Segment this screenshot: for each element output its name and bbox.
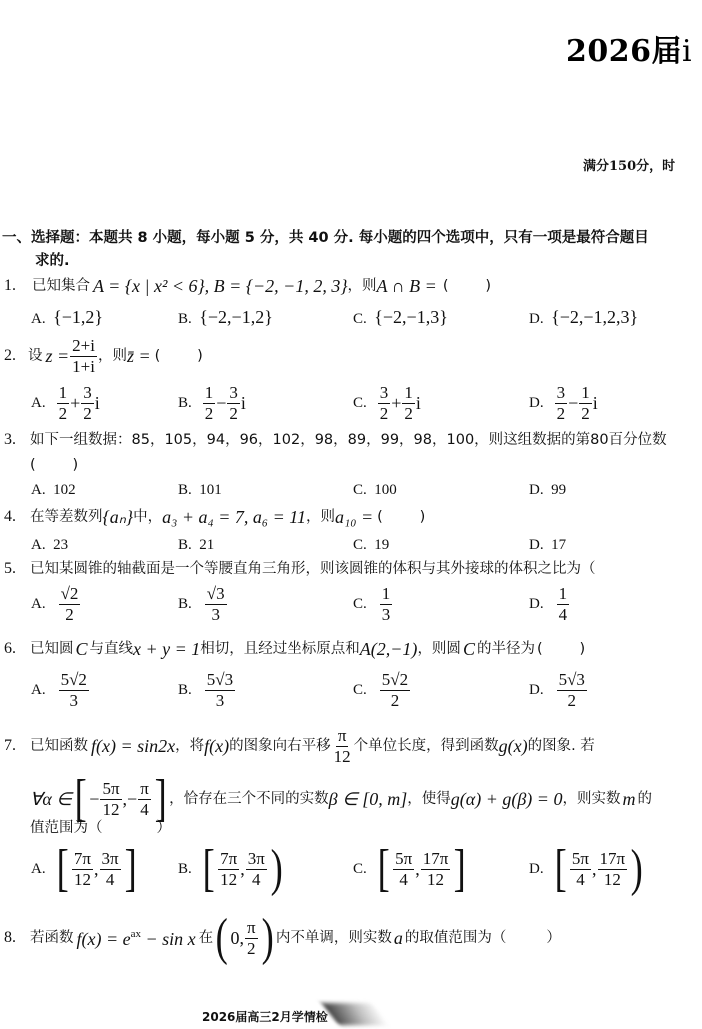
question-number: 4. bbox=[4, 509, 30, 525]
option-3c[interactable]: C. 100 bbox=[353, 482, 397, 499]
numerator: 1 bbox=[380, 585, 393, 605]
fraction: 7π12 bbox=[72, 850, 93, 889]
fraction: 7π12 bbox=[218, 850, 239, 889]
option-1a[interactable]: A. {−1,2} bbox=[31, 307, 103, 328]
fraction: 2+i1+i bbox=[70, 337, 97, 376]
option-value: 100 bbox=[374, 482, 397, 498]
option-value: 99 bbox=[551, 482, 566, 498]
math-expression: A = {x | x² < 6}, B = {−2, −1, 2, 3} bbox=[93, 277, 348, 295]
numerator: π bbox=[336, 727, 349, 747]
question-text: 已知函数 bbox=[30, 739, 88, 754]
question-number: 8. bbox=[4, 930, 30, 946]
option-3d[interactable]: D. 99 bbox=[529, 482, 566, 499]
answer-paren: ( ) bbox=[443, 279, 491, 294]
denominator: 2 bbox=[389, 691, 402, 710]
numerator: √2 bbox=[59, 585, 81, 605]
numerator: 3π bbox=[100, 850, 121, 870]
numerator: π bbox=[245, 919, 258, 939]
question-text: ） bbox=[546, 931, 561, 946]
math-var: z = bbox=[46, 347, 70, 365]
exam-title-text: 2026届 bbox=[566, 34, 682, 69]
option-3a[interactable]: A. 102 bbox=[31, 482, 76, 499]
question-7-line3: 值范围为（ ） bbox=[30, 821, 171, 836]
denominator: 4 bbox=[250, 870, 263, 889]
option-2b[interactable]: B. 12 − 32 i bbox=[178, 384, 246, 423]
sequence: {aₙ} bbox=[103, 508, 134, 526]
var-m: m bbox=[622, 790, 635, 808]
question-text: 在 bbox=[199, 931, 214, 946]
option-label: C. bbox=[353, 596, 367, 613]
question-text: ，则圆 bbox=[417, 642, 461, 657]
question-text: ，则 bbox=[348, 279, 377, 294]
option-4b[interactable]: B. 21 bbox=[178, 537, 214, 554]
option-value: 19 bbox=[374, 537, 389, 553]
option-3b[interactable]: B. 101 bbox=[178, 482, 222, 499]
question-text: 与直线 bbox=[90, 642, 134, 657]
numerator: 5π bbox=[393, 850, 414, 870]
numerator: 5√3 bbox=[205, 671, 235, 691]
option-label: A. bbox=[31, 682, 46, 699]
option-label: C. bbox=[353, 861, 367, 878]
exponent: ax bbox=[131, 928, 141, 940]
question-5: 5. 已知某圆锥的轴截面是一个等腰直角三角形，则该圆锥的体积与其外接球的体积之比… bbox=[4, 561, 596, 577]
option-7c[interactable]: C. [ 5π4, 17π12 ] bbox=[353, 843, 469, 895]
option-label: D. bbox=[529, 395, 544, 412]
numerator: 1 bbox=[579, 384, 592, 404]
imag-unit: i bbox=[241, 393, 246, 414]
fraction: 3π4 bbox=[246, 850, 267, 889]
question-8: 8. 若函数 f(x) = eax − sin x 在 ( 0, π2 ) 内不… bbox=[4, 912, 561, 964]
denominator: 3 bbox=[209, 605, 222, 624]
question-text: 设 bbox=[28, 349, 43, 364]
denominator: 2 bbox=[555, 404, 568, 423]
question-text: ，使得 bbox=[407, 792, 451, 807]
function-g: g(x) bbox=[499, 737, 528, 755]
denominator: 3 bbox=[380, 605, 393, 624]
math-expression: A ∩ B = bbox=[377, 277, 437, 295]
option-2c[interactable]: C. 32 + 12 i bbox=[353, 384, 421, 423]
fraction: π4 bbox=[138, 780, 151, 819]
option-label: A. bbox=[31, 395, 46, 412]
option-label: C. bbox=[353, 395, 367, 412]
question-text: 中， bbox=[133, 510, 162, 525]
option-5d[interactable]: D.14 bbox=[529, 585, 570, 624]
right-bracket: ) bbox=[270, 843, 282, 895]
fraction: √22 bbox=[59, 585, 81, 624]
question-3: 3. 如下一组数据：85，105，94，96，102，98，89，99，98，1… bbox=[4, 432, 667, 448]
numerator: 5√2 bbox=[59, 671, 89, 691]
fraction: π12 bbox=[332, 727, 353, 766]
option-value: 23 bbox=[53, 537, 68, 553]
denominator: 12 bbox=[100, 800, 121, 819]
option-label: B. bbox=[178, 537, 192, 553]
option-value: {−2,−1,2,3} bbox=[551, 307, 638, 327]
option-label: B. bbox=[178, 395, 192, 412]
imag-unit: i bbox=[593, 393, 598, 414]
option-4c[interactable]: C. 19 bbox=[353, 537, 389, 554]
option-6a[interactable]: A.5√23 bbox=[31, 671, 90, 710]
exam-title-cut: i bbox=[682, 34, 692, 69]
numerator: 3 bbox=[378, 384, 391, 404]
option-value: 102 bbox=[53, 482, 76, 498]
circle-name: C bbox=[463, 640, 475, 658]
fraction: 5π4 bbox=[570, 850, 591, 889]
denominator: 12 bbox=[72, 870, 93, 889]
question-number: 1. bbox=[4, 278, 32, 294]
var-a: a bbox=[394, 929, 403, 947]
question-4: 4. 在等差数列 {aₙ} 中， a₃ + a₄ = 7, a₆ = 11 ，则… bbox=[4, 504, 425, 530]
fraction: 12 bbox=[579, 384, 592, 423]
denominator: 12 bbox=[602, 870, 623, 889]
numerator: 2+i bbox=[70, 337, 97, 357]
answer-paren: ( ) bbox=[30, 458, 78, 473]
denominator: 2 bbox=[227, 404, 240, 423]
exam-title: 2026届i bbox=[566, 26, 692, 70]
numerator: 3 bbox=[81, 384, 94, 404]
numerator: 7π bbox=[72, 850, 93, 870]
option-1c[interactable]: C. {−2,−1,3} bbox=[353, 307, 448, 328]
denominator: 3 bbox=[68, 691, 81, 710]
question-text: 已知集合 bbox=[32, 279, 90, 294]
fraction: 32 bbox=[555, 384, 568, 423]
math-expression: a₁₀ = bbox=[335, 508, 373, 526]
question-text: 已知某圆锥的轴截面是一个等腰直角三角形，则该圆锥的体积与其外接球的体积之比为（ bbox=[30, 562, 596, 577]
denominator: 2 bbox=[402, 404, 415, 423]
option-value: 21 bbox=[199, 537, 214, 553]
denominator: 4 bbox=[397, 870, 410, 889]
function-rest: − sin x bbox=[141, 929, 196, 949]
left-bracket: [ bbox=[56, 843, 68, 895]
option-value: 17 bbox=[551, 537, 566, 553]
operator: + bbox=[70, 393, 80, 414]
numerator: 3 bbox=[227, 384, 240, 404]
denominator: 2 bbox=[378, 404, 391, 423]
left-bracket: [ bbox=[202, 843, 214, 895]
fraction: 14 bbox=[557, 585, 570, 624]
option-label: D. bbox=[529, 861, 544, 878]
question-number: 3. bbox=[4, 432, 30, 448]
option-2a[interactable]: A. 12 + 32 i bbox=[31, 384, 100, 423]
option-7a[interactable]: A. [ 7π12, 3π4 ] bbox=[31, 843, 139, 895]
option-label: B. bbox=[178, 682, 192, 699]
denominator: 4 bbox=[574, 870, 587, 889]
question-text: 值范围为（ bbox=[30, 821, 103, 836]
numerator: 1 bbox=[557, 585, 570, 605]
numerator: 17π bbox=[421, 850, 451, 870]
option-2d[interactable]: D. 32 − 12 i bbox=[529, 384, 598, 423]
option-label: B. bbox=[178, 311, 192, 327]
function-base: f(x) = e bbox=[77, 929, 131, 949]
question-number: 2. bbox=[4, 348, 28, 364]
option-value: 101 bbox=[199, 482, 222, 498]
numerator: √3 bbox=[205, 585, 227, 605]
denominator: 3 bbox=[214, 691, 227, 710]
question-text: 内不单调，则实数 bbox=[276, 931, 392, 946]
operator: − bbox=[216, 393, 226, 414]
option-label: A. bbox=[31, 311, 46, 327]
question-text: 的图象向右平移 bbox=[229, 739, 331, 754]
question-text: 的图象. 若 bbox=[528, 739, 595, 754]
question-text: 已知圆 bbox=[30, 642, 74, 657]
option-7d[interactable]: D. [ 5π4, 17π12 ) bbox=[529, 843, 645, 895]
right-paren: ) bbox=[261, 912, 273, 964]
function-f: f(x) = sin2x bbox=[91, 737, 175, 755]
fraction: 3π4 bbox=[100, 850, 121, 889]
option-label: D. bbox=[529, 682, 544, 699]
operator: − bbox=[568, 393, 578, 414]
option-label: B. bbox=[178, 861, 192, 878]
page-footer: 2026届高三2月学情检 bbox=[202, 1008, 328, 1025]
question-text: 在等差数列 bbox=[30, 510, 103, 525]
denominator: 12 bbox=[332, 747, 353, 766]
denominator: 2 bbox=[203, 404, 216, 423]
option-value: {−1,2} bbox=[53, 307, 103, 327]
option-4a[interactable]: A. 23 bbox=[31, 537, 68, 554]
left-paren: ( bbox=[216, 912, 228, 964]
numerator: 5√2 bbox=[380, 671, 410, 691]
math-expression: z̄ = bbox=[127, 347, 151, 365]
option-label: A. bbox=[31, 596, 46, 613]
question-number: 6. bbox=[4, 641, 30, 657]
option-5b[interactable]: B.√33 bbox=[178, 585, 228, 624]
fraction: 5π4 bbox=[393, 850, 414, 889]
fraction: 5√23 bbox=[59, 671, 89, 710]
section-heading: 一、选择题：本题共 8 小题，每小题 5 分，共 40 分. 每小题的四个选项中… bbox=[2, 226, 649, 247]
option-label: A. bbox=[31, 861, 46, 878]
option-7b[interactable]: B. [ 7π12, 3π4 ) bbox=[178, 843, 285, 895]
right-bracket: ) bbox=[631, 843, 643, 895]
question-7: 7. 已知函数 f(x) = sin2x ，将 f(x) 的图象向右平移 π12… bbox=[4, 727, 595, 766]
fraction: 5√22 bbox=[380, 671, 410, 710]
denominator: 4 bbox=[104, 870, 117, 889]
option-label: D. bbox=[529, 482, 544, 498]
option-6b[interactable]: B.5√33 bbox=[178, 671, 236, 710]
option-value: {−2,−1,3} bbox=[374, 307, 448, 327]
fraction: 32 bbox=[378, 384, 391, 423]
beta-range: β ∈ [0, m] bbox=[329, 790, 408, 808]
left-bracket: [ bbox=[554, 843, 566, 895]
question-text: ，则 bbox=[306, 510, 335, 525]
operator: + bbox=[391, 393, 401, 414]
numerator: 3π bbox=[246, 850, 267, 870]
section-heading-cont: 求的. bbox=[35, 249, 70, 270]
denominator: 12 bbox=[218, 870, 239, 889]
equation: g(α) + g(β) = 0 bbox=[451, 790, 563, 808]
fraction: π2 bbox=[245, 919, 258, 958]
denominator: 4 bbox=[557, 605, 570, 624]
option-label: A. bbox=[31, 537, 46, 553]
scan-smudge bbox=[321, 1003, 388, 1025]
option-label: C. bbox=[353, 482, 367, 498]
point: A(2,−1) bbox=[360, 640, 418, 658]
question-number: 7. bbox=[4, 738, 30, 754]
option-6c[interactable]: C.5√22 bbox=[353, 671, 411, 710]
fraction: 12 bbox=[203, 384, 216, 423]
numerator: π bbox=[138, 780, 151, 800]
question-text: 的 bbox=[637, 792, 652, 807]
exam-meta: 满分150分，时 bbox=[583, 155, 675, 174]
fraction: 32 bbox=[227, 384, 240, 423]
question-text: ） bbox=[157, 821, 172, 836]
denominator: 1+i bbox=[70, 357, 97, 376]
numerator: 5π bbox=[570, 850, 591, 870]
numerator: 7π bbox=[218, 850, 239, 870]
numerator: 17π bbox=[598, 850, 628, 870]
option-label: D. bbox=[529, 537, 544, 553]
denominator: 2 bbox=[57, 404, 70, 423]
numerator: 3 bbox=[555, 384, 568, 404]
question-text: 如下一组数据：85，105，94，96，102，98，89，99，98，100，… bbox=[30, 433, 667, 448]
option-label: A. bbox=[31, 482, 46, 498]
numerator: 5π bbox=[100, 780, 121, 800]
imag-unit: i bbox=[95, 393, 100, 414]
numerator: 5√3 bbox=[557, 671, 587, 691]
question-2: 2. 设 z = 2+i1+i ，则 z̄ = ( ) bbox=[4, 337, 203, 376]
answer-paren: ( ) bbox=[155, 349, 203, 364]
left-bracket: [ bbox=[75, 773, 87, 825]
option-label: D. bbox=[529, 311, 544, 327]
option-label: C. bbox=[353, 537, 367, 553]
answer-paren: ( ) bbox=[537, 642, 585, 657]
denominator: 2 bbox=[579, 404, 592, 423]
question-text: 个单位长度，得到函数 bbox=[354, 739, 499, 754]
interval-left: 0, bbox=[231, 929, 245, 947]
right-bracket: ] bbox=[124, 843, 136, 895]
fraction: 13 bbox=[380, 585, 393, 624]
question-6: 6. 已知圆 C 与直线 x + y = 1 相切，且经过坐标原点和 A(2,−… bbox=[4, 636, 585, 662]
numerator: 1 bbox=[57, 384, 70, 404]
question-text: ，恰存在三个不同的实数 bbox=[169, 792, 329, 807]
denominator: 2 bbox=[245, 939, 258, 958]
denominator: 4 bbox=[138, 800, 151, 819]
option-1d[interactable]: D. {−2,−1,2,3} bbox=[529, 307, 638, 328]
question-text: 的半径为 bbox=[477, 642, 535, 657]
question-text: ，则 bbox=[98, 349, 127, 364]
answer-paren: ( ) bbox=[377, 510, 425, 525]
right-bracket: ] bbox=[154, 773, 166, 825]
fraction: √33 bbox=[205, 585, 227, 624]
fraction: 5√32 bbox=[557, 671, 587, 710]
option-6d[interactable]: D.5√32 bbox=[529, 671, 588, 710]
question-text: 相切，且经过坐标原点和 bbox=[200, 642, 360, 657]
math-expression: a₃ + a₄ = 7, a₆ = 11 bbox=[162, 508, 306, 526]
option-5c[interactable]: C.13 bbox=[353, 585, 393, 624]
question-1: 1. 已知集合 A = {x | x² < 6}, B = {−2, −1, 2… bbox=[4, 272, 491, 300]
option-5a[interactable]: A.√22 bbox=[31, 585, 81, 624]
question-text: 若函数 bbox=[30, 931, 74, 946]
option-value: {−2,−1,2} bbox=[199, 307, 273, 327]
forall-alpha: ∀α ∈ bbox=[30, 790, 72, 808]
denominator: 2 bbox=[566, 691, 579, 710]
option-4d[interactable]: D. 17 bbox=[529, 537, 566, 554]
fraction: 12 bbox=[57, 384, 70, 423]
fraction: 17π12 bbox=[421, 850, 451, 889]
denominator: 2 bbox=[81, 404, 94, 423]
function-f: f(x) bbox=[204, 737, 229, 755]
numerator: 1 bbox=[203, 384, 216, 404]
question-text: ，则实数 bbox=[562, 792, 620, 807]
line-equation: x + y = 1 bbox=[133, 640, 200, 658]
denominator: 12 bbox=[425, 870, 446, 889]
question-number: 5. bbox=[4, 561, 30, 577]
function-f: f(x) = eax − sin x bbox=[77, 929, 196, 948]
fraction: 5π12 bbox=[100, 780, 121, 819]
question-text: ，将 bbox=[175, 739, 204, 754]
imag-unit: i bbox=[416, 393, 421, 414]
fraction: 17π12 bbox=[598, 850, 628, 889]
numerator: 1 bbox=[402, 384, 415, 404]
option-label: B. bbox=[178, 482, 192, 498]
option-label: D. bbox=[529, 596, 544, 613]
denominator: 2 bbox=[63, 605, 76, 624]
option-label: C. bbox=[353, 682, 367, 699]
option-label: B. bbox=[178, 596, 192, 613]
question-text: 的取值范围为（ bbox=[405, 931, 507, 946]
option-label: C. bbox=[353, 311, 367, 327]
fraction: 12 bbox=[402, 384, 415, 423]
fraction: 32 bbox=[81, 384, 94, 423]
fraction: 5√33 bbox=[205, 671, 235, 710]
option-1b[interactable]: B. {−2,−1,2} bbox=[178, 307, 273, 328]
right-bracket: ] bbox=[454, 843, 466, 895]
left-bracket: [ bbox=[377, 843, 389, 895]
question-7-line2: ∀α ∈ [ − 5π12 ,− π4 ] ，恰存在三个不同的实数 β ∈ [0… bbox=[30, 773, 652, 825]
circle-name: C bbox=[76, 640, 88, 658]
